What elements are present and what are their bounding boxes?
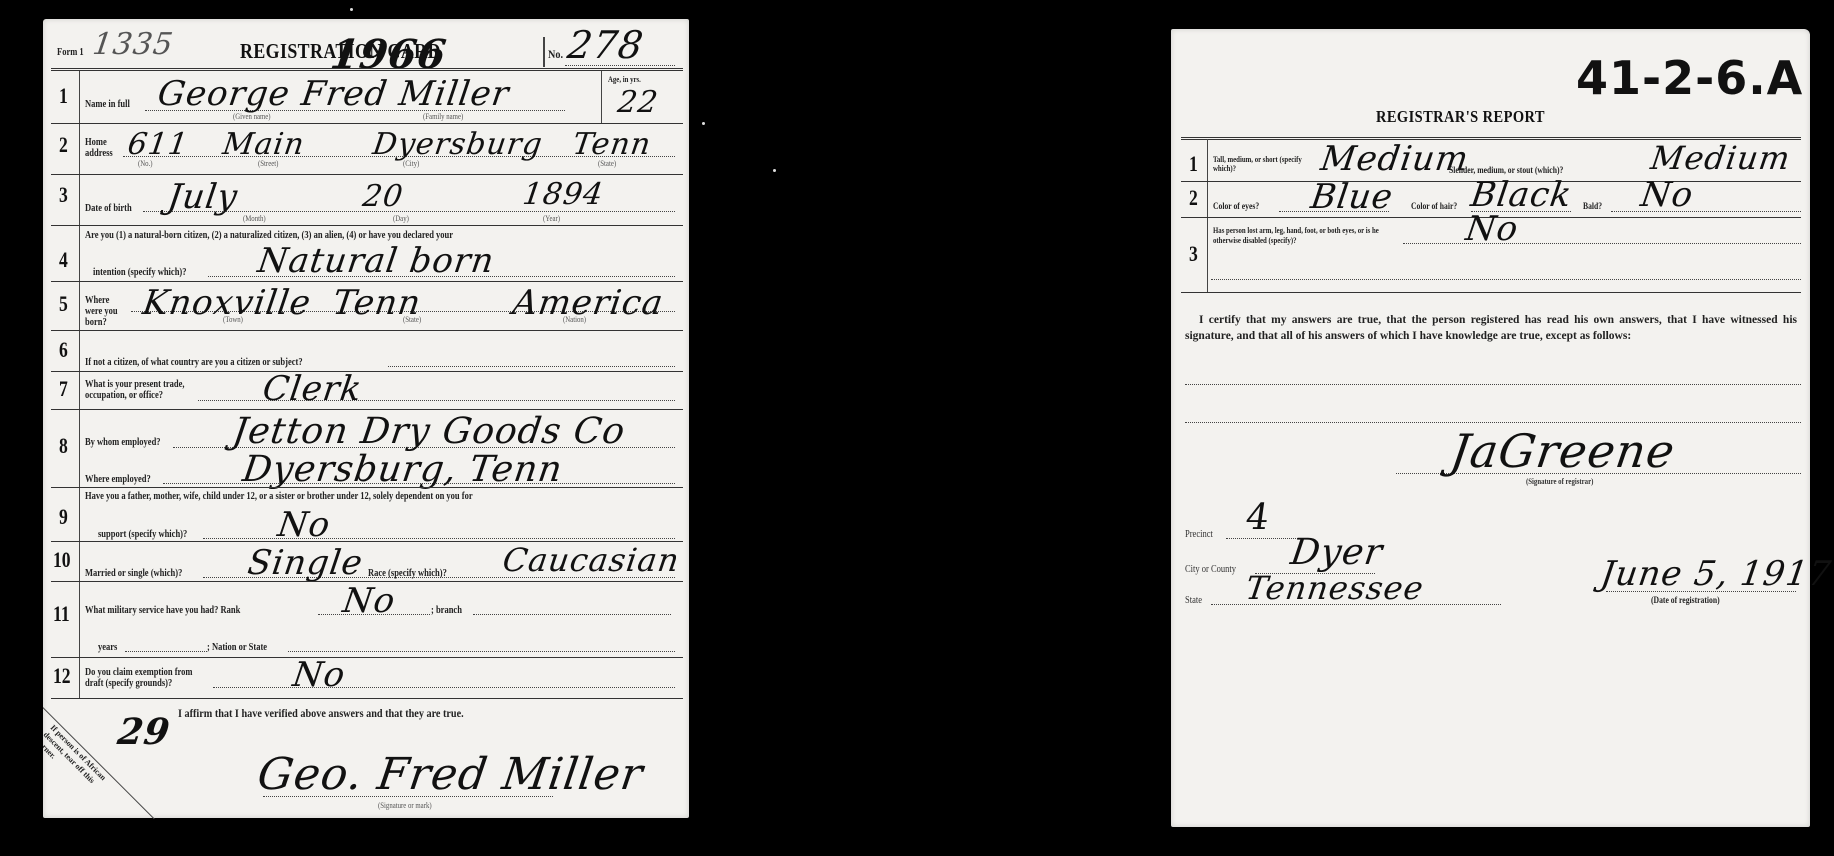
registrar-signature-caption: (Signature of registrar) xyxy=(1526,477,1593,486)
race-label: Race (specify which)? xyxy=(368,568,447,579)
work-location-label: Where employed? xyxy=(85,474,151,485)
disability-label: Has person lost arm, leg, hand, foot, or… xyxy=(1213,226,1392,246)
number-column-rule xyxy=(1207,139,1208,293)
age-divider xyxy=(601,71,602,123)
county-value: Dyer xyxy=(1288,532,1385,573)
caption-state: (State) xyxy=(403,315,421,324)
dependents-question: Have you a father, mother, wife, child u… xyxy=(85,491,473,502)
family-name-caption: (Family name) xyxy=(423,112,463,121)
occupation-label: What is your present trade, occupation, … xyxy=(85,379,187,401)
row-rule xyxy=(51,225,683,226)
dob-label: Date of birth xyxy=(85,203,132,214)
employer-value: Jetton Dry Goods Co xyxy=(230,411,628,452)
corner-note: If person is of African descent, tear of… xyxy=(43,723,112,801)
intention-label: intention (specify which)? xyxy=(93,267,187,278)
affirmation-text: I affirm that I have verified above answ… xyxy=(178,708,464,719)
row-number: 8 xyxy=(59,433,68,459)
military-rank-value: No xyxy=(340,581,398,621)
row-number: 11 xyxy=(53,601,70,627)
marital-label: Married or single (which)? xyxy=(85,568,182,579)
bald-value: No xyxy=(1638,175,1696,215)
address-city: Dyersburg xyxy=(371,127,545,162)
marital-value: Single xyxy=(245,543,365,583)
number-column-rule xyxy=(79,71,80,698)
dependents-value: No xyxy=(275,505,333,545)
row-number: 4 xyxy=(59,247,68,273)
height-label: Tall, medium, or short (specify which)? xyxy=(1213,155,1324,173)
row-number: 3 xyxy=(59,182,68,208)
caption-year: (Year) xyxy=(543,214,560,223)
caption-town: (Town) xyxy=(223,315,243,324)
military-years-label: years xyxy=(98,642,117,653)
dotted-line xyxy=(473,614,671,615)
precinct-value: 4 xyxy=(1243,497,1273,538)
registrars-report: 41-2-6.A REGISTRAR'S REPORT 1 Tall, medi… xyxy=(1171,29,1810,827)
row-number: 2 xyxy=(1189,185,1198,211)
work-location-value: Dyersburg, Tenn xyxy=(240,449,565,490)
row-rule xyxy=(51,330,683,331)
caption-street: (Street) xyxy=(258,159,278,168)
address-state: Tenn xyxy=(571,127,654,162)
registrant-signature: Geo. Fred Miller xyxy=(254,749,646,800)
eye-color-value: Blue xyxy=(1308,177,1396,217)
row-number: 9 xyxy=(59,504,68,530)
handwritten-code: 41-2-6.A xyxy=(1576,51,1803,105)
row-rule xyxy=(51,487,683,488)
employer-label: By whom employed? xyxy=(85,437,161,448)
state-label: State xyxy=(1185,595,1202,606)
caption-no: (No.) xyxy=(138,159,153,168)
serial-number: 278 xyxy=(565,23,647,67)
row-number: 2 xyxy=(59,132,68,158)
citizenship-question: Are you (1) a natural-born citizen, (2) … xyxy=(85,230,453,241)
age-label: Age, in yrs. xyxy=(608,74,641,85)
hair-color-label: Color of hair? xyxy=(1411,201,1457,212)
military-nation-label: ; Nation or State xyxy=(207,642,267,653)
row-rule xyxy=(51,657,683,658)
registration-date: June 5, 1917 xyxy=(1598,554,1834,594)
name-label: Name in full xyxy=(85,99,130,110)
signature-caption: (Signature or mark) xyxy=(378,801,432,810)
row-rule xyxy=(51,371,683,372)
bald-label: Bald? xyxy=(1583,201,1602,212)
header-rule xyxy=(51,68,683,71)
row-number: 1 xyxy=(59,83,68,109)
dotted-line xyxy=(565,65,675,66)
race-value: Caucasian xyxy=(500,541,682,579)
caption-month: (Month) xyxy=(243,214,266,223)
registrar-signature: JaGreene xyxy=(1447,424,1678,478)
dotted-line xyxy=(1211,279,1801,280)
state-value: Tennessee xyxy=(1243,569,1426,607)
birth-nation: America xyxy=(510,283,666,323)
citizenship-value: Natural born xyxy=(255,241,497,281)
row-rule xyxy=(51,174,683,175)
caption-day: (Day) xyxy=(393,214,409,223)
name-value: George Fred Miller xyxy=(155,74,512,114)
row-number: 6 xyxy=(59,337,68,363)
registration-card: Form 1 1335 REGISTRATION CARD 1966 No. 2… xyxy=(43,19,689,818)
form-label: Form 1 xyxy=(57,47,84,58)
military-branch-label: ; branch xyxy=(431,605,462,616)
form-number-handwritten: 1335 xyxy=(91,27,176,62)
caption-nation: (Nation) xyxy=(563,315,586,324)
disability-value: No xyxy=(1463,209,1521,249)
speck xyxy=(702,122,705,125)
given-name-caption: (Given name) xyxy=(233,112,271,121)
birthplace-label: Where were you born? xyxy=(85,295,119,328)
row-rule xyxy=(1181,292,1801,293)
caption-city: (City) xyxy=(403,159,419,168)
caption-state: (State) xyxy=(598,159,616,168)
row-number: 7 xyxy=(59,376,68,402)
dob-month: July xyxy=(165,177,240,217)
occupation-value: Clerk xyxy=(260,369,364,409)
address-street: Main xyxy=(221,127,307,162)
precinct-label: Precinct xyxy=(1185,529,1213,540)
row-number: 10 xyxy=(53,547,71,573)
dotted-line xyxy=(1185,384,1801,385)
row-number: 1 xyxy=(1189,151,1198,177)
exemption-value: No xyxy=(290,655,348,695)
dotted-line xyxy=(213,687,675,688)
row-rule xyxy=(51,123,683,124)
row-number: 12 xyxy=(53,663,71,689)
report-title: REGISTRAR'S REPORT xyxy=(1376,107,1545,127)
speck xyxy=(350,8,353,11)
exemption-label: Do you claim exemption from draft (speci… xyxy=(85,667,213,689)
dotted-line xyxy=(125,651,207,652)
tear-off-corner: If person is of African descent, tear of… xyxy=(43,699,163,819)
address-number: 611 xyxy=(126,127,191,162)
serial-label: No. xyxy=(548,49,563,60)
foreign-citizenship-label: If not a citizen, of what country are yo… xyxy=(85,357,303,368)
home-address-label: Home address xyxy=(85,137,111,159)
row-rule xyxy=(51,409,683,410)
row-number: 3 xyxy=(1189,241,1198,267)
speck xyxy=(773,169,776,172)
eye-color-label: Color of eyes? xyxy=(1213,201,1259,212)
row-number: 5 xyxy=(59,291,68,317)
certification-text: I certify that my answers are true, that… xyxy=(1185,312,1797,344)
serial-divider xyxy=(543,37,545,67)
age-value: 22 xyxy=(616,85,661,120)
dob-day: 20 xyxy=(361,179,406,214)
dotted-line xyxy=(388,366,675,367)
dob-year: 1894 xyxy=(521,177,606,212)
dotted-line xyxy=(1403,243,1801,244)
military-rank-label: What military service have you had? Rank xyxy=(85,605,240,616)
dotted-line xyxy=(203,538,675,539)
dotted-line xyxy=(288,651,675,652)
dotted-line xyxy=(1185,422,1801,423)
county-label: City or County xyxy=(1185,564,1236,575)
dependents-label: support (specify which)? xyxy=(98,529,187,540)
date-caption: (Date of registration) xyxy=(1651,595,1720,606)
build-value: Medium xyxy=(1648,139,1793,177)
row-rule xyxy=(51,281,683,282)
